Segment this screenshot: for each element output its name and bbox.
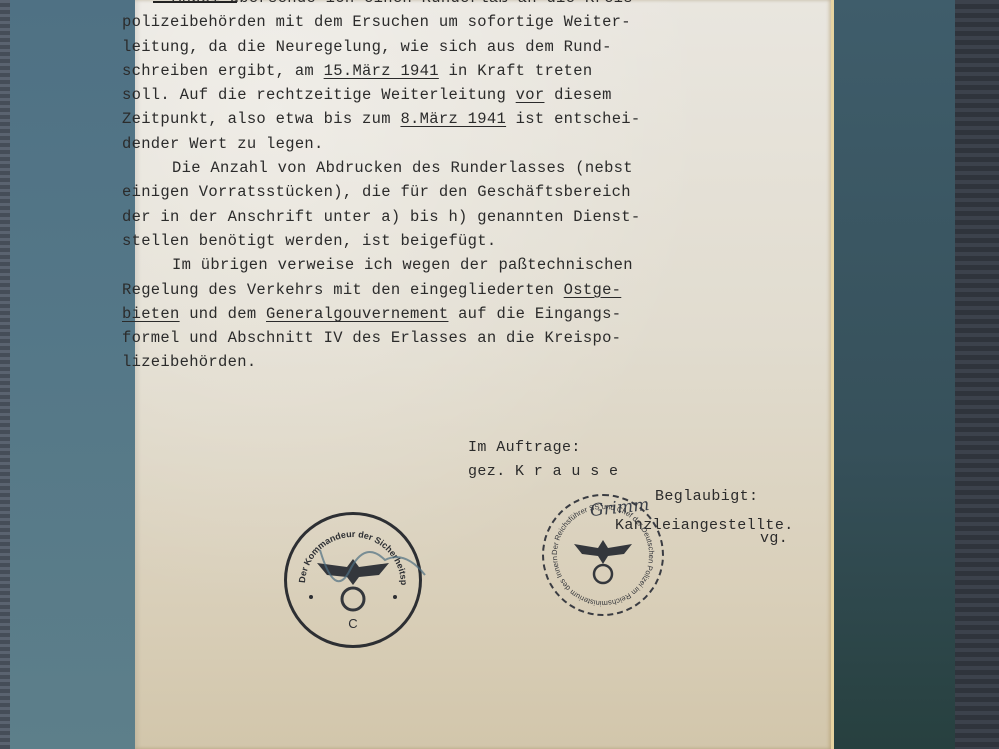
table-surface-right [955, 0, 999, 749]
text-segment: leitung, da die Neuregelung, wie sich au… [122, 38, 612, 56]
text-line: Anbei übersende ich einen Runderlaß an d… [122, 0, 682, 10]
text-segment: der in der Anschrift unter a) bis h) gen… [122, 208, 640, 226]
on-behalf-label: Im Auftrage: [468, 439, 581, 456]
text-line: Regelung des Verkehrs mit den eingeglied… [122, 278, 682, 302]
underlined-text: Generalgouvernement [266, 305, 448, 323]
underlined-text: 15.März 1941 [324, 62, 439, 80]
table-surface-left [0, 0, 10, 749]
text-line: Die Anzahl von Abdrucken des Runderlasse… [122, 156, 682, 180]
underlined-text: bieten [122, 305, 180, 323]
underlined-text: vor [516, 86, 545, 104]
certified-label: Beglaubigt: [655, 488, 758, 505]
text-line: dender Wert zu legen. [122, 132, 682, 156]
text-line: leitung, da die Neuregelung, wie sich au… [122, 35, 682, 59]
text-segment: und dem [180, 305, 266, 323]
text-segment: in Kraft treten [439, 62, 593, 80]
text-segment: stellen benötigt werden, ist beigefügt. [122, 232, 496, 250]
text-segment: schreiben ergibt, am [122, 62, 324, 80]
text-line: schreiben ergibt, am 15.März 1941 in Kra… [122, 59, 682, 83]
ink-scribble-mark [310, 540, 430, 610]
text-segment: formel und Abschnitt IV des Erlasses an … [122, 329, 621, 347]
eagle-emblem-icon [574, 540, 632, 583]
clerk-abbrev: vg. [760, 530, 788, 547]
text-line: formel und Abschnitt IV des Erlasses an … [122, 326, 682, 350]
text-segment: soll. Auf die rechtzeitige Weiterleitung [122, 86, 516, 104]
text-line: der in der Anschrift unter a) bis h) gen… [122, 205, 682, 229]
stamp-letter: C [287, 616, 419, 631]
text-segment: Die Anzahl von Abdrucken des Runderlasse… [172, 159, 633, 177]
text-line: stellen benötigt werden, ist beigefügt. [122, 229, 682, 253]
text-line: soll. Auf die rechtzeitige Weiterleitung… [122, 83, 682, 107]
document-body: Anbei übersende ich einen Runderlaß an d… [122, 0, 682, 375]
text-segment: Regelung des Verkehrs mit den eingeglied… [122, 281, 564, 299]
official-stamp-right: Der Reichsführer SS und Chef der Deutsch… [542, 494, 664, 616]
text-line: Im übrigen verweise ich wegen der paßtec… [122, 253, 682, 277]
text-segment: lizeibehörden. [122, 353, 256, 371]
text-segment: ist entschei- [506, 110, 640, 128]
text-segment: dender Wert zu legen. [122, 135, 324, 153]
text-line: Zeitpunkt, also etwa bis zum 8.März 1941… [122, 107, 682, 131]
text-line: lizeibehörden. [122, 350, 682, 374]
underlined-text: Ostge- [564, 281, 622, 299]
text-segment: Zeitpunkt, also etwa bis zum [122, 110, 400, 128]
text-line: bieten und dem Generalgouvernement auf d… [122, 302, 682, 326]
stamp-ring-text: Der Reichsführer SS und Chef der Deutsch… [544, 496, 662, 614]
signed-by-line: gez. K r a u s e [468, 463, 618, 480]
text-segment: diesem [544, 86, 611, 104]
mat-board-right [832, 0, 955, 749]
text-segment: Im übrigen verweise ich wegen der paßtec… [172, 256, 633, 274]
text-line: polizeibehörden mit dem Ersuchen um sofo… [122, 10, 682, 34]
text-segment: einigen Vorratsstücken), die für den Ges… [122, 183, 631, 201]
text-segment: auf die Eingangs- [448, 305, 621, 323]
text-segment: polizeibehörden mit dem Ersuchen um sofo… [122, 13, 631, 31]
text-line: einigen Vorratsstücken), die für den Ges… [122, 180, 682, 204]
underlined-text: 8.März 1941 [400, 110, 506, 128]
text-segment: Anbei übersende ich einen Runderlaß an d… [172, 0, 642, 7]
